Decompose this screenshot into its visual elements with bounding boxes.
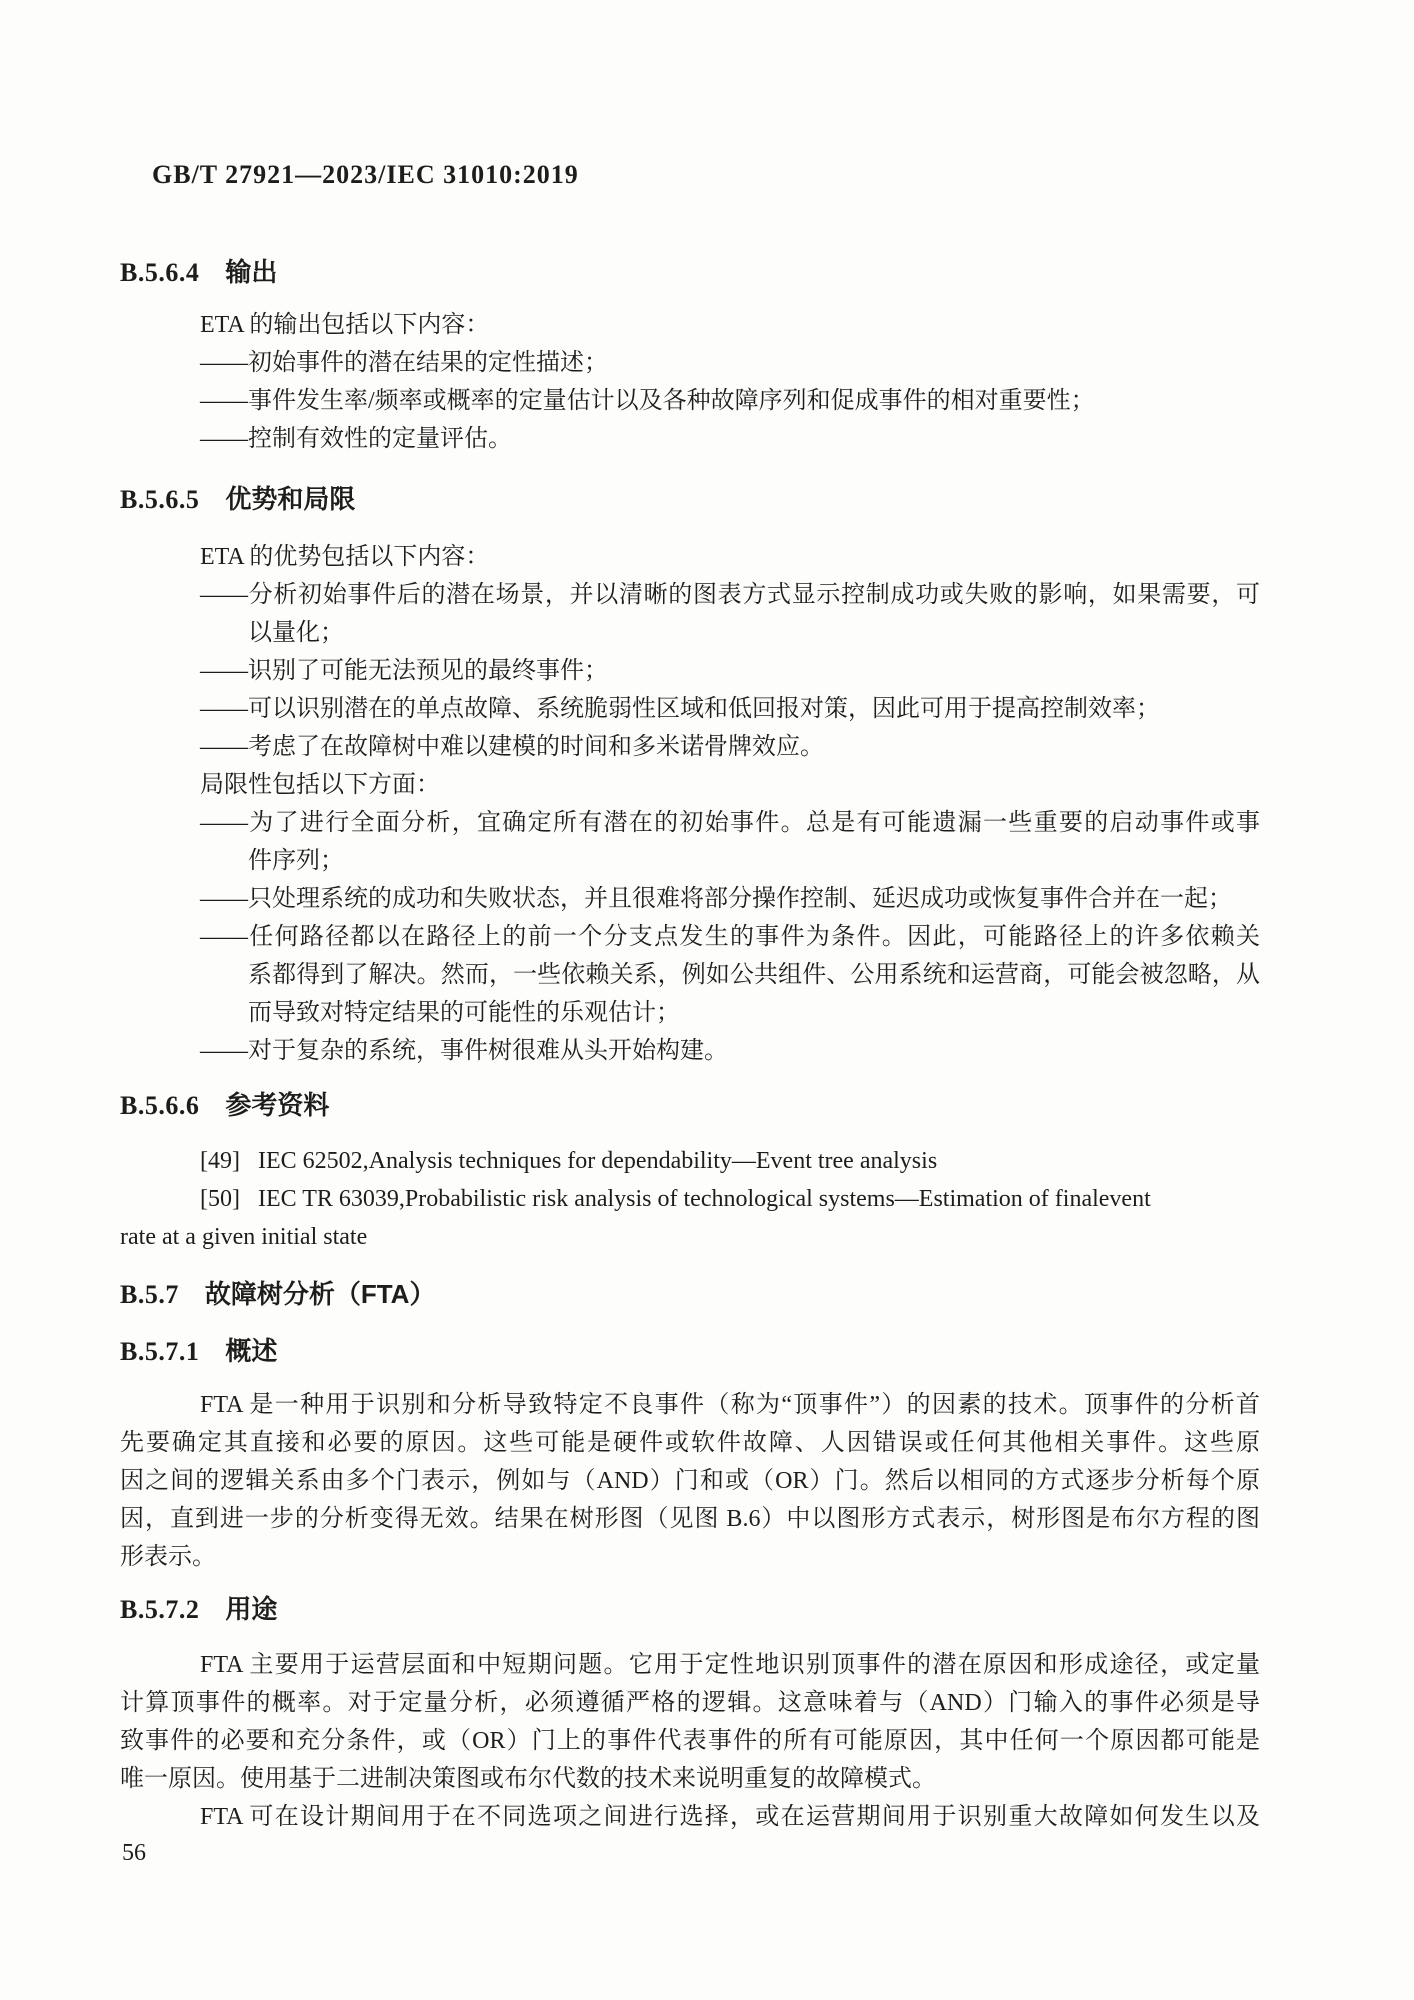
section-heading: B.5.7故障树分析（FTA） — [120, 1275, 435, 1314]
paragraph-block: ETA 的输出包括以下内容：——初始事件的潜在结果的定性描述；——事件发生率/频… — [120, 306, 1260, 458]
paragraph-block: FTA 主要用于运营层面和中短期问题。它用于定性地识别顶事件的潜在原因和形成途径… — [120, 1646, 1260, 1798]
body-line: [49] IEC 62502,Analysis techniques for d… — [120, 1142, 1260, 1180]
section-heading: B.5.6.4输出 — [120, 253, 277, 292]
body-line: ——控制有效性的定量评估。 — [120, 420, 1260, 458]
body-line: ——只处理系统的成功和失败状态，并且很难将部分操作控制、延迟成功或恢复事件合并在… — [120, 880, 1260, 918]
body-line: 先要确定其直接和必要的原因。这些可能是硬件或软件故障、人因错误或任何其他相关事件… — [120, 1424, 1260, 1462]
body-line: ETA 的输出包括以下内容： — [120, 306, 1260, 344]
body-line: ——事件发生率/频率或概率的定量估计以及各种故障序列和促成事件的相对重要性； — [120, 382, 1260, 420]
section-heading: B.5.7.2用途 — [120, 1590, 277, 1629]
paragraph-block: FTA 是一种用于识别和分析导致特定不良事件（称为“顶事件”）的因素的技术。顶事… — [120, 1386, 1260, 1576]
body-line: rate at a given initial state — [120, 1218, 1260, 1256]
body-line: 形表示。 — [120, 1538, 1260, 1576]
paragraph-block: FTA 可在设计期间用于在不同选项之间进行选择，或在运营期间用于识别重大故障如何… — [120, 1798, 1260, 1836]
heading-number: B.5.7 — [120, 1280, 179, 1309]
paragraph-block: ETA 的优势包括以下内容：——分析初始事件后的潜在场景，并以清晰的图表方式显示… — [120, 538, 1260, 1070]
body-line: FTA 可在设计期间用于在不同选项之间进行选择，或在运营期间用于识别重大故障如何… — [120, 1798, 1260, 1836]
body-line: 件序列； — [120, 842, 1260, 880]
page-number: 56 — [122, 1838, 146, 1868]
body-line: 以量化； — [120, 614, 1260, 652]
heading-number: B.5.7.1 — [120, 1337, 199, 1366]
paragraph-block: [49] IEC 62502,Analysis techniques for d… — [120, 1142, 1260, 1256]
body-line: ETA 的优势包括以下内容： — [120, 538, 1260, 576]
heading-number: B.5.6.4 — [120, 258, 199, 287]
body-line: ——分析初始事件后的潜在场景，并以清晰的图表方式显示控制成功或失败的影响，如果需… — [120, 576, 1260, 614]
heading-title: 概述 — [225, 1336, 277, 1366]
heading-number: B.5.6.6 — [120, 1091, 199, 1120]
body-line: 系都得到了解决。然而，一些依赖关系，例如公共组件、公用系统和运营商，可能会被忽略… — [120, 956, 1260, 994]
heading-title: 用途 — [225, 1594, 277, 1624]
heading-title: 参考资料 — [225, 1090, 329, 1120]
heading-title: 优势和局限 — [225, 484, 355, 514]
body-line: 因，直到进一步的分析变得无效。结果在树形图（见图 B.6）中以图形方式表示，树形… — [120, 1500, 1260, 1538]
body-line: 因之间的逻辑关系由多个门表示，例如与（AND）门和或（OR）门。然后以相同的方式… — [120, 1462, 1260, 1500]
body-line: 而导致对特定结果的可能性的乐观估计； — [120, 994, 1260, 1032]
heading-title: 故障树分析（FTA） — [205, 1279, 436, 1309]
heading-number: B.5.6.5 — [120, 485, 199, 514]
heading-number: B.5.7.2 — [120, 1595, 199, 1624]
section-heading: B.5.7.1概述 — [120, 1332, 277, 1371]
body-line: ——初始事件的潜在结果的定性描述； — [120, 344, 1260, 382]
body-line: [50] IEC TR 63039,Probabilistic risk ana… — [120, 1180, 1260, 1218]
body-line: FTA 是一种用于识别和分析导致特定不良事件（称为“顶事件”）的因素的技术。顶事… — [120, 1386, 1260, 1424]
section-heading: B.5.6.5优势和局限 — [120, 480, 355, 519]
body-line: ——对于复杂的系统，事件树很难从头开始构建。 — [120, 1032, 1260, 1070]
body-line: ——任何路径都以在路径上的前一个分支点发生的事件为条件。因此，可能路径上的许多依… — [120, 918, 1260, 956]
running-header: GB/T 27921—2023/IEC 31010:2019 — [152, 160, 579, 190]
body-line: 致事件的必要和充分条件，或（OR）门上的事件代表事件的所有可能原因，其中任何一个… — [120, 1722, 1260, 1760]
body-line: ——可以识别潜在的单点故障、系统脆弱性区域和低回报对策，因此可用于提高控制效率； — [120, 690, 1260, 728]
body-line: 唯一原因。使用基于二进制决策图或布尔代数的技术来说明重复的故障模式。 — [120, 1760, 1260, 1798]
body-line: ——为了进行全面分析，宜确定所有潜在的初始事件。总是有可能遗漏一些重要的启动事件… — [120, 804, 1260, 842]
body-line: 局限性包括以下方面： — [120, 766, 1260, 804]
body-line: 计算顶事件的概率。对于定量分析，必须遵循严格的逻辑。这意味着与（AND）门输入的… — [120, 1684, 1260, 1722]
document-page: { "page": { "header": "GB/T 27921—2023/I… — [0, 0, 1414, 2000]
heading-title: 输出 — [225, 257, 277, 287]
body-line: ——识别了可能无法预见的最终事件； — [120, 652, 1260, 690]
section-heading: B.5.6.6参考资料 — [120, 1086, 329, 1125]
body-line: FTA 主要用于运营层面和中短期问题。它用于定性地识别顶事件的潜在原因和形成途径… — [120, 1646, 1260, 1684]
body-line: ——考虑了在故障树中难以建模的时间和多米诺骨牌效应。 — [120, 728, 1260, 766]
